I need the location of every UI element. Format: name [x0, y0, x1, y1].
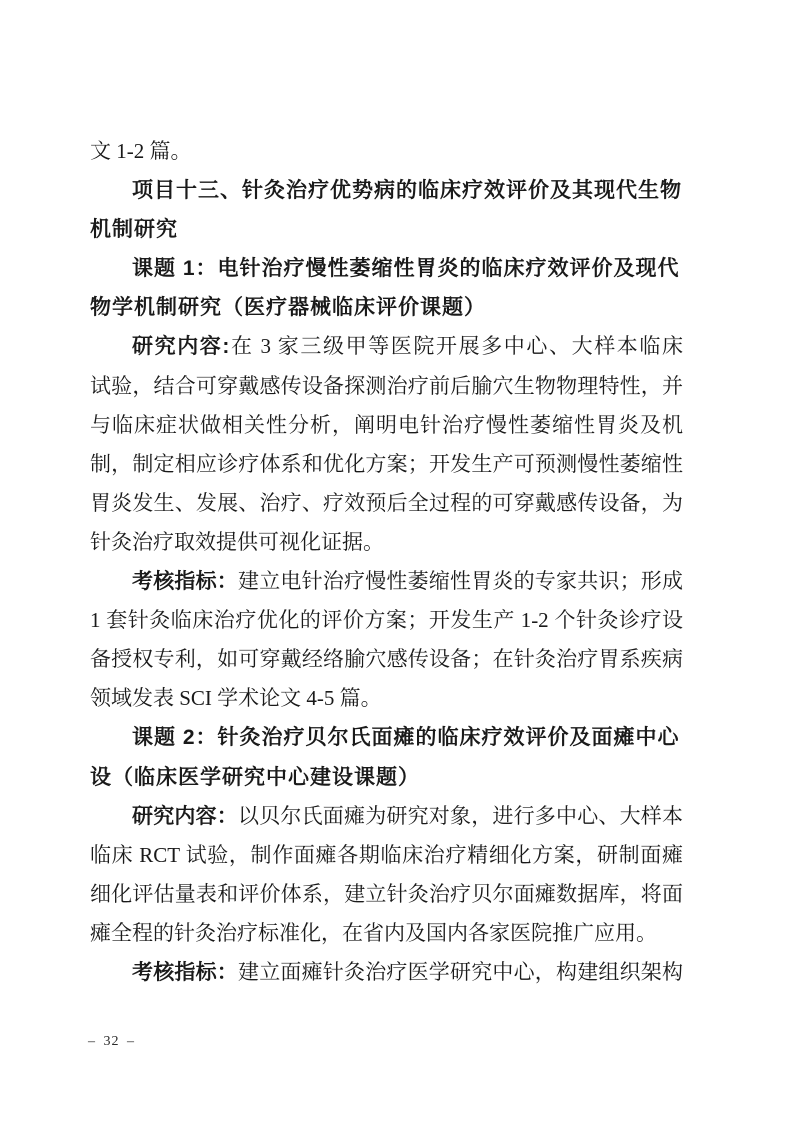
- text-line: 研究内容:在 3 家三级甲等医院开展多中心、大样本临床 RCT: [90, 327, 683, 366]
- emphasis-text-run: 考核指标：: [132, 570, 238, 593]
- text-line: 临床 RCT 试验，制作面瘫各期临床治疗精细化方案，研制面瘫精: [90, 836, 683, 875]
- text-line: 与临床症状做相关性分析，阐明电针治疗慢性萎缩性胃炎及机: [90, 406, 683, 445]
- text-line: 考核指标：建立面瘫针灸治疗医学研究中心，构建组织架构: [90, 953, 683, 992]
- text-run: 领域发表 SCI 学术论文 4-5 篇。: [90, 686, 382, 710]
- text-run: 胃炎发生、发展、治疗、疗效预后全过程的可穿戴感传设备，为: [90, 491, 683, 515]
- text-line: 文 1-2 篇。: [90, 132, 683, 171]
- text-run: 针灸治疗取效提供可视化证据。: [90, 530, 384, 554]
- text-run: 建立电针治疗慢性萎缩性胃炎的专家共识；形成: [238, 569, 683, 593]
- emphasis-text-run: 研究内容:: [132, 335, 229, 358]
- text-run: 与临床症状做相关性分析，阐明电针治疗慢性萎缩性胃炎及机: [90, 413, 683, 437]
- text-line: 设（临床医学研究中心建设课题）: [90, 758, 683, 797]
- text-run: 1 套针灸临床治疗优化的评价方案；开发生产 1-2 个针灸诊疗设: [90, 608, 683, 632]
- text-run: 细化评估量表和评价体系，建立针灸治疗贝尔面瘫数据库，将面: [90, 882, 683, 906]
- text-run: 文 1-2 篇。: [90, 139, 192, 163]
- document-body: 文 1-2 篇。项目十三、针灸治疗优势病的临床疗效评价及其现代生物学机制研究课题…: [90, 132, 683, 992]
- text-line: 瘫全程的针灸治疗标准化，在省内及国内各家医院推广应用。: [90, 914, 683, 953]
- emphasis-text-run: 机制研究: [90, 218, 178, 241]
- text-line: 备授权专利，如可穿戴经络腧穴感传设备；在针灸治疗胃系疾病: [90, 640, 683, 679]
- text-line: 细化评估量表和评价体系，建立针灸治疗贝尔面瘫数据库，将面: [90, 875, 683, 914]
- text-run: 瘫全程的针灸治疗标准化，在省内及国内各家医院推广应用。: [90, 921, 657, 945]
- emphasis-text-run: 课题 1：电针治疗慢性萎缩性胃炎的临床疗效评价及现代生: [90, 257, 680, 288]
- text-line: 制，制定相应诊疗体系和优化方案；开发生产可预测慢性萎缩性: [90, 445, 683, 484]
- emphasis-text-run: 考核指标：: [132, 961, 238, 984]
- text-run: 建立面瘫针灸治疗医学研究中心，构建组织架构: [238, 960, 683, 984]
- text-line: 考核指标：建立电针治疗慢性萎缩性胃炎的专家共识；形成: [90, 562, 683, 601]
- text-run: 以贝尔氏面瘫为研究对象，进行多中心、大样本: [238, 804, 683, 828]
- text-line: 物学机制研究（医疗器械临床评价课题）: [90, 288, 683, 327]
- emphasis-text-run: 设（临床医学研究中心建设课题）: [90, 766, 420, 789]
- text-line: 机制研究: [90, 210, 683, 249]
- emphasis-text-run: 物学机制研究（医疗器械临床评价课题）: [90, 296, 486, 319]
- emphasis-text-run: 研究内容：: [132, 805, 238, 828]
- text-line: 针灸治疗取效提供可视化证据。: [90, 523, 683, 562]
- text-line: 课题 2：针灸治疗贝尔氏面瘫的临床疗效评价及面瘫中心建: [90, 718, 683, 757]
- text-line: 研究内容：以贝尔氏面瘫为研究对象，进行多中心、大样本: [90, 797, 683, 836]
- text-line: 试验，结合可穿戴感传设备探测治疗前后腧穴生物物理特性，并: [90, 367, 683, 406]
- emphasis-text-run: 课题 2：针灸治疗贝尔氏面瘫的临床疗效评价及面瘫中心建: [90, 726, 680, 757]
- emphasis-text-run: 项目十三、针灸治疗优势病的临床疗效评价及其现代生物学: [90, 179, 682, 210]
- text-run: 临床 RCT 试验，制作面瘫各期临床治疗精细化方案，研制面瘫精: [90, 843, 683, 875]
- text-line: 1 套针灸临床治疗优化的评价方案；开发生产 1-2 个针灸诊疗设: [90, 601, 683, 640]
- text-line: 领域发表 SCI 学术论文 4-5 篇。: [90, 679, 683, 718]
- text-run: 备授权专利，如可穿戴经络腧穴感传设备；在针灸治疗胃系疾病: [90, 647, 683, 671]
- page-footer: – 32 –: [88, 1034, 135, 1050]
- text-line: 胃炎发生、发展、治疗、疗效预后全过程的可穿戴感传设备，为: [90, 484, 683, 523]
- text-line: 课题 1：电针治疗慢性萎缩性胃炎的临床疗效评价及现代生: [90, 249, 683, 288]
- text-run: 制，制定相应诊疗体系和优化方案；开发生产可预测慢性萎缩性: [90, 452, 683, 476]
- text-line: 项目十三、针灸治疗优势病的临床疗效评价及其现代生物学: [90, 171, 683, 210]
- text-run: 试验，结合可穿戴感传设备探测治疗前后腧穴生物物理特性，并: [90, 374, 683, 398]
- document-page: 文 1-2 篇。项目十三、针灸治疗优势病的临床疗效评价及其现代生物学机制研究课题…: [0, 0, 793, 1122]
